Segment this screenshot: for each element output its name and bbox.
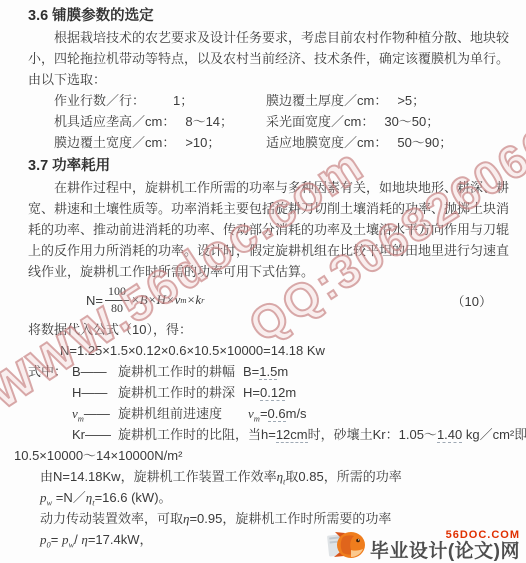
value-prefix: B=: [243, 364, 259, 379]
param-cell: 作业行数／行：1；: [28, 90, 266, 111]
param-cell: 膜边覆土宽度／cm：>10；: [28, 132, 266, 153]
site-logo-badge: 56DOC.COM 毕业设计(论文)网: [327, 528, 520, 561]
section-3-6-heading: 3.6 铺膜参数的选定: [28, 5, 504, 27]
param-label: 适应地膜宽度／cm：: [266, 135, 387, 150]
value-unit: m: [285, 385, 296, 400]
value-prefix: H=: [243, 385, 260, 400]
where-row-kr: Kr——旋耕机工作时的比阻，当h=12cm时，砂壤土Kr：1.05～1.40 k…: [28, 424, 504, 445]
symbol-kr-desc: 旋耕机工作时的比阻，当h=12cm时，砂壤土Kr：1.05～1.40 kg／cm…: [118, 427, 526, 443]
value-number: 0.12: [260, 385, 285, 401]
text: =N／: [52, 490, 86, 505]
equals: =: [260, 406, 268, 421]
param-cell: 适应地膜宽度／cm：50～90；: [266, 132, 452, 153]
param-label: 膜边覆土厚度／cm：: [266, 93, 387, 108]
text: =0.95，旋耕机工作时所需要的功率: [189, 511, 391, 526]
document-content: 3.6 铺膜参数的选定 根据栽培技术的农艺要求及设计任务要求，考虑目前农村作物种…: [28, 5, 504, 550]
power-pw-line: pw =N／ηt=16.6 (kW)。: [28, 487, 504, 508]
where-row-v: vm——旋耕机组前进速度vm=0.6m/s: [28, 403, 504, 424]
param-row: 作业行数／行：1； 膜边覆土厚度／cm：>5；: [28, 90, 504, 111]
equation-terms: ×k: [187, 292, 202, 308]
symbol-b-value: B=1.5m: [243, 364, 288, 379]
symbol-kr: Kr——: [72, 424, 112, 445]
paragraph-line: 宽、耕速和土壤性质等。功率消耗主要包括旋耕刀切削土壤消耗的功率、抛掷土块消: [28, 198, 504, 219]
fraction-denominator: 80: [111, 301, 123, 316]
document-page: 3.6 铺膜参数的选定 根据栽培技术的农艺要求及设计任务要求，考虑目前农村作物种…: [0, 0, 526, 563]
kr-converted-range: 10.5×10000～14×10000N/m²: [14, 445, 504, 466]
param-value: >10；: [185, 135, 220, 150]
equation-terms: ×B×H×: [131, 292, 175, 308]
param-row: 机具适应垄高／cm：8～14； 采光面宽度／cm：30～50；: [28, 111, 504, 132]
symbol-b-desc: 旋耕机工作时的耕幅: [118, 364, 235, 379]
equation-10: N= 100 80 ×B×H× vm ×kr （10）: [28, 283, 504, 317]
equals: =: [51, 532, 62, 547]
where-prefix: 式中：: [28, 361, 72, 382]
kr-text: kg／cm²即：: [462, 427, 526, 442]
paragraph-line: 线作业，旋耕机工作时所需的功率可用下式估算。: [28, 261, 504, 282]
param-cell: 膜边覆土厚度／cm：>5；: [266, 90, 425, 111]
kr-text: 旋耕机工作时的比阻，当h=: [118, 427, 276, 442]
param-value: 30～50；: [384, 114, 439, 129]
paragraph-line: 根据栽培技术的农艺要求及设计任务要求，考虑目前农村作物种植分散、地块较: [28, 27, 504, 48]
param-row: 膜边覆土宽度／cm：>10； 适应地膜宽度／cm：50～90；: [28, 132, 504, 153]
param-value: 8～14；: [185, 114, 233, 129]
text: 由N=14.18Kw，旋耕机工作装置工作效率: [40, 469, 277, 484]
efficiency-line-1: 由N=14.18Kw，旋耕机工作装置工作效率ηt取0.85，所需的功率: [28, 466, 504, 487]
substituted-equation: N=1.25×1.5×0.12×0.6×10.5×10000=14.18 Kw: [28, 340, 504, 361]
param-label: 采光面宽度／cm：: [266, 114, 374, 129]
paragraph-line: 在耕作过程中，旋耕机工作所需的功率与多种因素有关，如地块地形、耕深、耕: [28, 177, 504, 198]
equation-lhs: N=: [86, 293, 103, 308]
text: 动力传动装置效率，可取: [40, 511, 183, 526]
text: =17.4kW，: [88, 532, 153, 547]
fish-logo-icon: [327, 528, 367, 561]
param-label: 机具适应垄高／cm：: [54, 114, 175, 129]
paragraph-line: 由以下选取：: [28, 69, 504, 90]
param-label: 作业行数／行：: [54, 93, 145, 108]
paragraph-line: 耗的功率、推动前进消耗的功率、传动部分消耗的功率及土壤沿水平方向作用与刀辊: [28, 219, 504, 240]
resistance-subscript: r: [201, 295, 204, 305]
param-value: 50～90；: [397, 135, 452, 150]
symbol-b: B——: [72, 361, 112, 382]
value-number: 0.6: [268, 406, 286, 422]
efficiency-line-2: 动力传动装置效率，可取η=0.95，旋耕机工作时所需要的功率: [28, 508, 504, 529]
site-logo-text: 56DOC.COM 毕业设计(论文)网: [370, 530, 520, 561]
symbol-h-value: H=0.12m: [243, 385, 296, 400]
kr-range-value: 1.40: [437, 427, 462, 443]
kr-text: 时，砂壤土Kr：1.05～: [308, 427, 437, 442]
site-name-label: 毕业设计(论文)网: [370, 542, 520, 561]
param-value: 1；: [173, 93, 193, 108]
symbol-v-desc: 旋耕机组前进速度: [118, 406, 222, 421]
kr-depth-value: 12cm: [276, 427, 308, 443]
where-row-b: 式中：B——旋耕机工作时的耕幅B=1.5m: [28, 361, 504, 382]
fraction: 100 80: [105, 285, 129, 316]
paragraph-line: 上的反作用力所消耗的功率。设计时，假定旋耕机组在比较平坦的田地里进行匀速直: [28, 240, 504, 261]
paragraph-line: 将数据代入公式（10），得：: [28, 319, 504, 340]
paragraph-line: 小，四轮拖拉机带动等特点，以及农村当前经济、技术条件，确定该覆膜机为单行。: [28, 48, 504, 69]
where-row-h: H——旋耕机工作时的耕深H=0.12m: [28, 382, 504, 403]
value-number: 1.5: [259, 364, 277, 380]
symbol-v-value: vm=0.6m/s: [248, 406, 307, 421]
site-domain-label: 56DOC.COM: [446, 530, 520, 541]
text: =16.6 (kW)。: [95, 490, 172, 505]
symbol-h: H——: [72, 382, 112, 403]
value-unit: m/s: [286, 406, 307, 421]
symbol-h-desc: 旋耕机工作时的耕深: [118, 385, 235, 400]
param-label: 膜边覆土宽度／cm：: [54, 135, 175, 150]
dash: ——: [84, 406, 110, 421]
equation-number: （10）: [452, 291, 492, 310]
param-cell: 采光面宽度／cm：30～50；: [266, 111, 439, 132]
param-value: >5；: [397, 93, 425, 108]
value-unit: m: [277, 364, 288, 379]
param-cell: 机具适应垄高／cm：8～14；: [28, 111, 266, 132]
text: 取0.85，所需的功率: [285, 469, 401, 484]
section-3-7-heading: 3.7 功率耗用: [28, 155, 504, 177]
fraction-numerator: 100: [105, 285, 129, 301]
